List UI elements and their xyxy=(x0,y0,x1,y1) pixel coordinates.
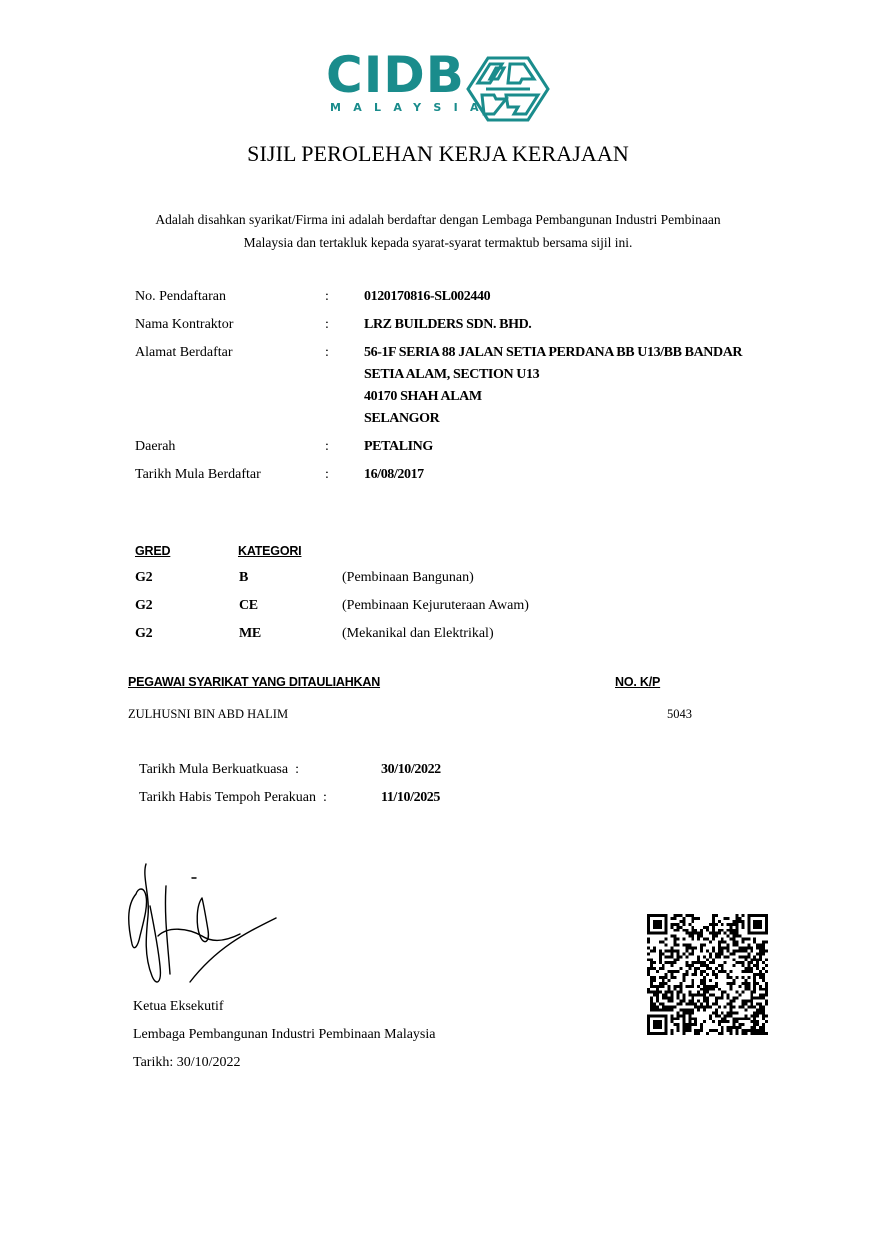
validity-end-label: Tarikh Habis Tempoh Perakuan : xyxy=(139,787,327,809)
signature-image xyxy=(118,856,288,991)
validity-start-value: 30/10/2022 xyxy=(381,759,441,781)
registration-start-value: 16/08/2017 xyxy=(364,464,424,486)
registration-start-label: Tarikh Mula Berdaftar xyxy=(135,464,261,486)
cidb-emblem-icon xyxy=(466,56,550,122)
officer-name: ZULHUSNI BIN ABD HALIM xyxy=(128,704,288,724)
signatory-date: Tarikh: 30/10/2022 xyxy=(133,1052,241,1074)
separator: : xyxy=(325,342,329,364)
category-header: KATEGORI xyxy=(238,542,301,560)
cidb-logo: CIDB MALAYSIA xyxy=(326,56,550,122)
certificate-title: SIJIL PEROLEHAN KERJA KERAJAAN xyxy=(0,140,876,168)
separator: : xyxy=(325,464,329,486)
grade-value: G2 xyxy=(135,595,152,617)
address-line: 56-1F SERIA 88 JALAN SETIA PERDANA BB U1… xyxy=(364,342,742,364)
address-label: Alamat Berdaftar xyxy=(135,342,233,364)
category-value: ME xyxy=(239,623,261,645)
qr-code-icon[interactable] xyxy=(647,914,768,1035)
intro-statement: Adalah disahkan syarikat/Firma ini adala… xyxy=(118,208,758,254)
address-value: 56-1F SERIA 88 JALAN SETIA PERDANA BB U1… xyxy=(364,342,742,430)
category-description: (Mekanikal dan Elektrikal) xyxy=(342,623,494,645)
officer-id: 5043 xyxy=(667,704,692,724)
logo-brand-text: CIDB xyxy=(326,50,465,100)
grade-value: G2 xyxy=(135,623,152,645)
officer-name-header: PEGAWAI SYARIKAT YANG DITAULIAHKAN xyxy=(128,673,380,691)
category-description: (Pembinaan Kejuruteraan Awam) xyxy=(342,595,529,617)
district-label: Daerah xyxy=(135,436,175,458)
registration-no-label: No. Pendaftaran xyxy=(135,286,226,308)
category-description: (Pembinaan Bangunan) xyxy=(342,567,474,589)
signatory-title: Ketua Eksekutif xyxy=(133,996,224,1018)
address-line: 40170 SHAH ALAM xyxy=(364,386,742,408)
intro-line-2: Malaysia dan tertakluk kepada syarat-sya… xyxy=(118,231,758,254)
grade-header: GRED xyxy=(135,542,170,560)
category-value: B xyxy=(239,567,248,589)
address-line: SETIA ALAM, SECTION U13 xyxy=(364,364,742,386)
separator: : xyxy=(325,314,329,336)
officer-id-header: NO. K/P xyxy=(615,673,660,691)
validity-start-label: Tarikh Mula Berkuatkuasa : xyxy=(139,759,299,781)
separator: : xyxy=(325,436,329,458)
registration-no-value: 0120170816-SL002440 xyxy=(364,286,490,308)
intro-line-1: Adalah disahkan syarikat/Firma ini adala… xyxy=(118,208,758,231)
contractor-name-value: LRZ BUILDERS SDN. BHD. xyxy=(364,314,531,336)
grade-value: G2 xyxy=(135,567,152,589)
district-value: PETALING xyxy=(364,436,433,458)
separator: : xyxy=(325,286,329,308)
address-line: SELANGOR xyxy=(364,408,742,430)
validity-end-value: 11/10/2025 xyxy=(381,787,440,809)
category-value: CE xyxy=(239,595,258,617)
contractor-name-label: Nama Kontraktor xyxy=(135,314,233,336)
signatory-organization: Lembaga Pembangunan Industri Pembinaan M… xyxy=(133,1024,435,1046)
